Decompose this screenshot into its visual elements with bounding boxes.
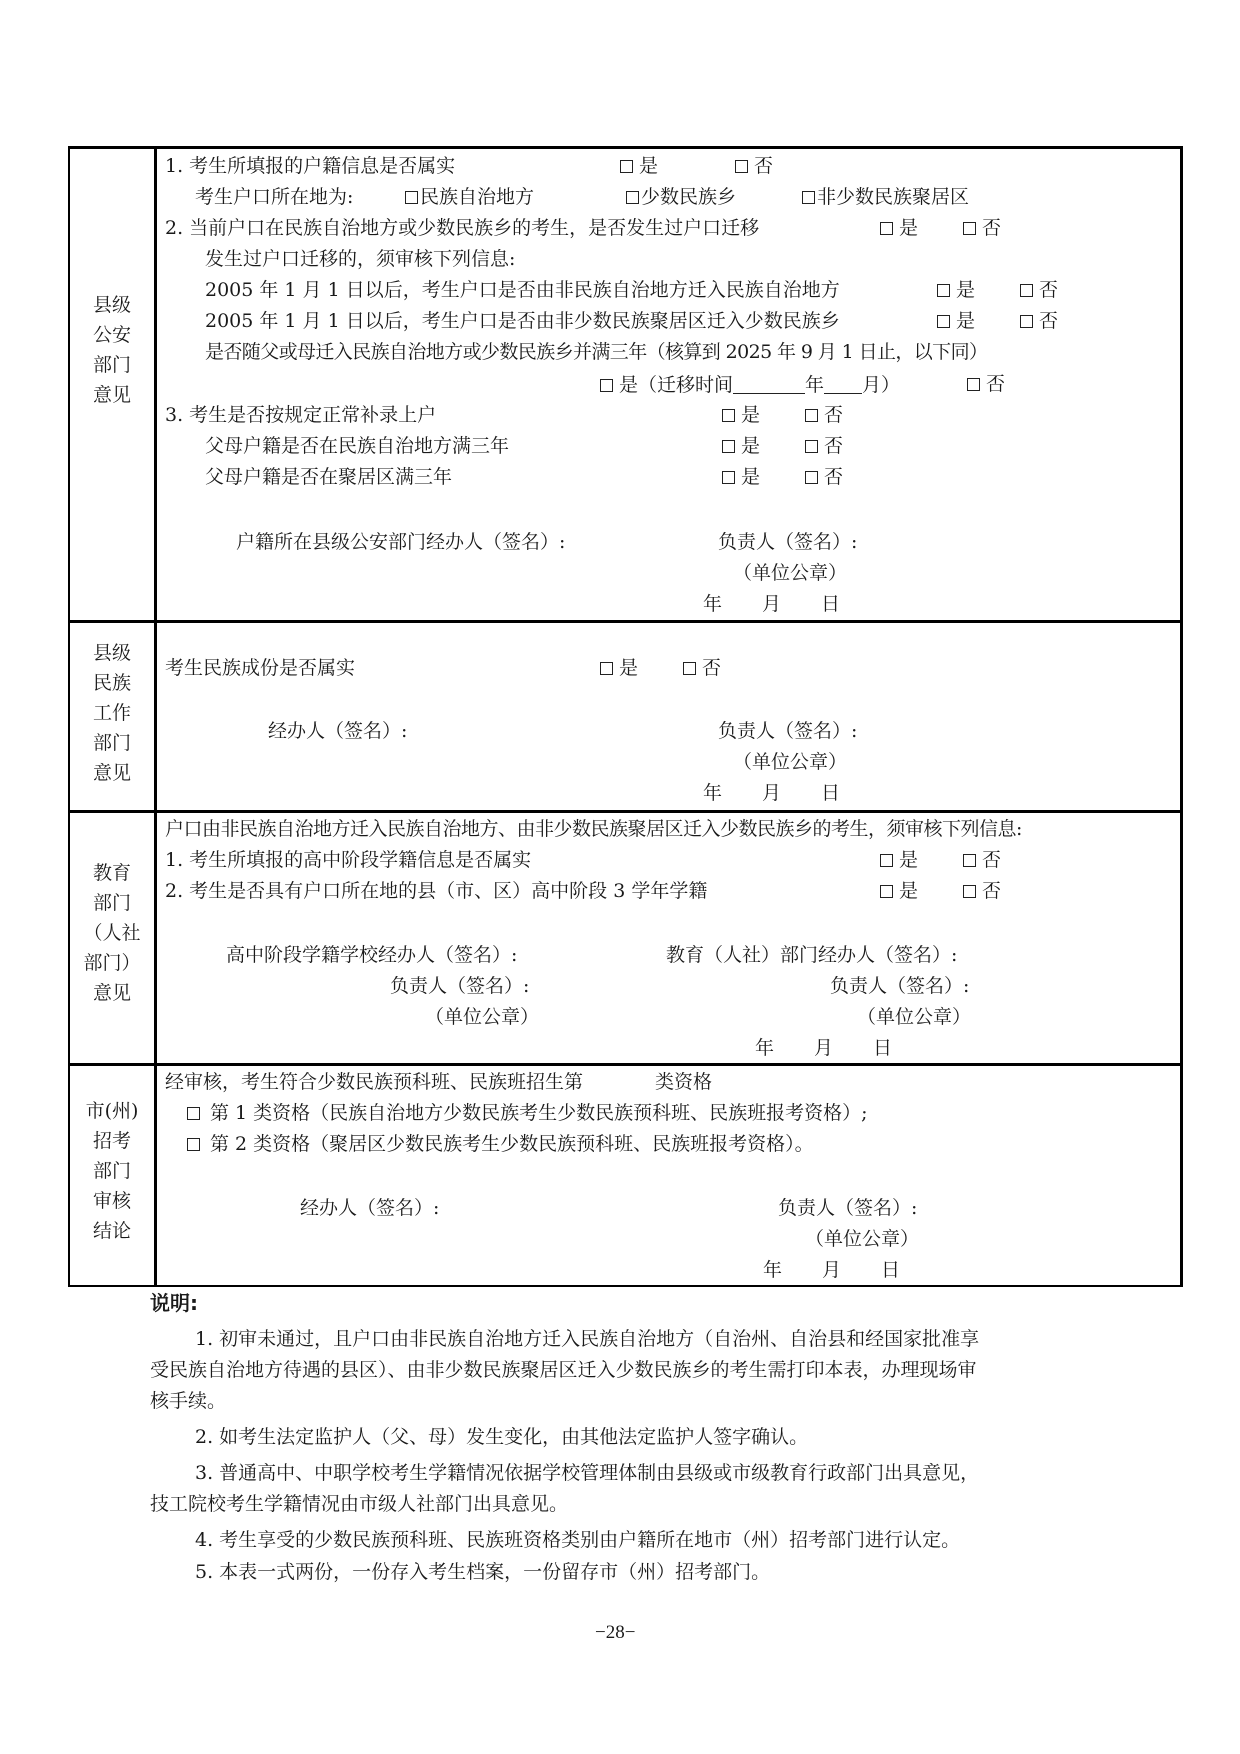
police-seal: （单位公章）: [733, 564, 847, 583]
police-q1-no[interactable]: 否: [735, 157, 773, 176]
checkbox-icon[interactable]: [722, 440, 735, 453]
ethnic-date: 年月日: [703, 784, 840, 803]
police-q2: 2. 当前户口在民族自治地方或少数民族乡的考生，是否发生过户口迁移: [165, 219, 759, 238]
checkbox-icon[interactable]: [735, 160, 748, 173]
city-intro: 经审核，考生符合少数民族预科班、民族班招生第类资格: [165, 1073, 712, 1092]
police-residence-label: 考生户口所在地为:: [195, 188, 353, 207]
checkbox-icon[interactable]: [722, 409, 735, 422]
police-residence-opt3[interactable]: 非少数民族聚居区: [802, 188, 969, 207]
police-q2-note: 发生过户口迁移的，须审核下列信息:: [205, 250, 515, 269]
note-2: 2. 如考生法定监护人（父、母）发生变化，由其他法定监护人签字确认。: [195, 1428, 808, 1447]
table-right-border: [1180, 146, 1183, 1287]
checkbox-icon[interactable]: [187, 1107, 200, 1120]
education-intro: 户口由非民族自治地方迁入民族自治地方、由非少数民族聚居区迁入少数民族乡的考生，须…: [165, 820, 1022, 839]
police-q2c-no[interactable]: 否: [967, 375, 1005, 394]
police-q2b-yes[interactable]: 是: [937, 312, 975, 331]
police-residence-opt2[interactable]: 少数民族乡: [626, 188, 736, 207]
police-q2a: 2005 年 1 月 1 日以后，考生户口是否由非民族自治地方迁入民族自治地方: [205, 281, 840, 300]
table-top-border: [68, 146, 1182, 149]
ethnic-q1: 考生民族成份是否属实: [165, 659, 355, 678]
checkbox-icon[interactable]: [187, 1138, 200, 1151]
school-leader-signature: 负责人（签名）:: [390, 977, 529, 996]
checkbox-icon[interactable]: [937, 315, 950, 328]
ethnic-handler-signature: 经办人（签名）:: [268, 722, 407, 741]
police-q3b-no[interactable]: 否: [805, 468, 843, 487]
police-section-label: 县级 公安 部门 意见: [70, 290, 154, 410]
checkbox-icon[interactable]: [880, 885, 893, 898]
police-date: 年月日: [703, 595, 840, 614]
police-q3b-yes[interactable]: 是: [722, 468, 760, 487]
police-handler-signature: 户籍所在县级公安部门经办人（签名）:: [236, 533, 565, 552]
migration-year-field[interactable]: [733, 375, 805, 394]
dept-leader-signature: 负责人（签名）:: [830, 977, 969, 996]
dept-handler-signature: 教育（人社）部门经办人（签名）:: [666, 946, 957, 965]
checkbox-icon[interactable]: [802, 191, 815, 204]
city-handler-signature: 经办人（签名）:: [300, 1199, 439, 1218]
city-seal: （单位公章）: [805, 1230, 919, 1249]
checkbox-icon[interactable]: [405, 191, 418, 204]
row-divider-1: [68, 620, 1182, 623]
note-3-line-2: 技工院校考生学籍情况由市级人社部门出具意见。: [150, 1495, 568, 1514]
checkbox-icon[interactable]: [1020, 284, 1033, 297]
police-q3-no[interactable]: 否: [805, 406, 843, 425]
police-leader-signature: 负责人（签名）:: [718, 533, 857, 552]
ethnic-section-label: 县级 民族 工作 部门 意见: [70, 638, 154, 788]
checkbox-icon[interactable]: [683, 662, 696, 675]
note-3-line-1: 3. 普通高中、中职学校考生学籍情况依据学校管理体制由县级或市级教育行政部门出具…: [195, 1464, 979, 1483]
row-divider-2: [68, 810, 1182, 813]
checkbox-icon[interactable]: [963, 854, 976, 867]
note-5: 5. 本表一式两份，一份存入考生档案，一份留存市（州）招考部门。: [195, 1563, 770, 1582]
education-q1: 1. 考生所填报的高中阶段学籍信息是否属实: [165, 851, 531, 870]
police-q3a: 父母户籍是否在民族自治地方满三年: [205, 437, 509, 456]
police-q3a-yes[interactable]: 是: [722, 437, 760, 456]
notes-title: 说明:: [150, 1293, 198, 1313]
city-date: 年月日: [763, 1261, 900, 1280]
checkbox-icon[interactable]: [805, 440, 818, 453]
city-opt2[interactable]: 第 2 类资格（聚居区少数民族考生少数民族预科班、民族班报考资格）。: [187, 1135, 814, 1154]
education-q1-no[interactable]: 否: [963, 851, 1001, 870]
checkbox-icon[interactable]: [620, 160, 633, 173]
city-opt1[interactable]: 第 1 类资格（民族自治地方少数民族考生少数民族预科班、民族班报考资格）;: [187, 1104, 868, 1123]
note-4: 4. 考生享受的少数民族预科班、民族班资格类别由户籍所在地市（州）招考部门进行认…: [195, 1531, 960, 1550]
note-1-line-2: 受民族自治地方待遇的县区）、由非少数民族聚居区迁入少数民族乡的考生需打印本表，办…: [150, 1361, 977, 1380]
police-q3a-no[interactable]: 否: [805, 437, 843, 456]
checkbox-icon[interactable]: [963, 885, 976, 898]
city-section-label: 市(州) 招考 部门 审核 结论: [70, 1096, 154, 1246]
school-seal: （单位公章）: [425, 1008, 539, 1027]
education-date: 年月日: [755, 1039, 892, 1058]
ethnic-q1-no[interactable]: 否: [683, 659, 721, 678]
police-q1-yes[interactable]: 是: [620, 157, 658, 176]
education-q2-no[interactable]: 否: [963, 882, 1001, 901]
checkbox-icon[interactable]: [600, 379, 613, 392]
police-q2b-no[interactable]: 否: [1020, 312, 1058, 331]
checkbox-icon[interactable]: [880, 854, 893, 867]
police-q3-yes[interactable]: 是: [722, 406, 760, 425]
school-handler-signature: 高中阶段学籍学校经办人（签名）:: [226, 946, 517, 965]
police-residence-opt1[interactable]: 民族自治地方: [405, 188, 534, 207]
checkbox-icon[interactable]: [1020, 315, 1033, 328]
migration-month-field[interactable]: [824, 375, 862, 394]
checkbox-icon[interactable]: [626, 191, 639, 204]
education-q2: 2. 考生是否具有户口所在地的县（市、区）高中阶段 3 学年学籍: [165, 882, 707, 901]
page-number: −28−: [595, 1623, 635, 1642]
police-q2b: 2005 年 1 月 1 日以后，考生户口是否由非少数民族聚居区迁入少数民族乡: [205, 312, 840, 331]
police-q3b: 父母户籍是否在聚居区满三年: [205, 468, 452, 487]
police-q2-yes[interactable]: 是: [880, 219, 918, 238]
education-section-label: 教育 部门 （人社 部门） 意见: [70, 858, 154, 1008]
education-q2-yes[interactable]: 是: [880, 882, 918, 901]
police-q3: 3. 考生是否按规定正常补录上户: [165, 406, 436, 425]
checkbox-icon[interactable]: [600, 662, 613, 675]
note-1-line-3: 核手续。: [150, 1392, 226, 1411]
ethnic-q1-yes[interactable]: 是: [600, 659, 638, 678]
checkbox-icon[interactable]: [722, 471, 735, 484]
checkbox-icon[interactable]: [967, 378, 980, 391]
police-q2a-yes[interactable]: 是: [937, 281, 975, 300]
checkbox-icon[interactable]: [937, 284, 950, 297]
city-leader-signature: 负责人（签名）:: [778, 1199, 917, 1218]
police-q1: 1. 考生所填报的户籍信息是否属实: [165, 157, 455, 176]
checkbox-icon[interactable]: [805, 409, 818, 422]
ethnic-seal: （单位公章）: [733, 753, 847, 772]
police-q2c: 是否随父或母迁入民族自治地方或少数民族乡并满三年（核算到 2025 年 9 月 …: [205, 343, 987, 362]
police-q2c-yes[interactable]: 是（迁移时间年月）: [600, 375, 900, 395]
row-divider-3: [68, 1063, 1182, 1066]
checkbox-icon[interactable]: [963, 222, 976, 235]
table-bottom-border: [68, 1285, 1182, 1287]
education-q1-yes[interactable]: 是: [880, 851, 918, 870]
note-1-line-1: 1. 初审未通过，且户口由非民族自治地方迁入民族自治地方（自治州、自治县和经国家…: [195, 1330, 979, 1349]
ethnic-leader-signature: 负责人（签名）:: [718, 722, 857, 741]
checkbox-icon[interactable]: [880, 222, 893, 235]
checkbox-icon[interactable]: [805, 471, 818, 484]
police-q2-no[interactable]: 否: [963, 219, 1001, 238]
dept-seal: （单位公章）: [857, 1008, 971, 1027]
label-column-divider: [154, 146, 157, 1287]
qualification-class-field[interactable]: [583, 1073, 655, 1091]
police-q2a-no[interactable]: 否: [1020, 281, 1058, 300]
